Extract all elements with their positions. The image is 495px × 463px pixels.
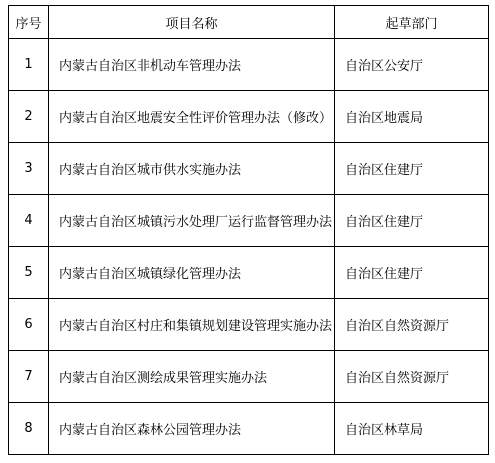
table-row: 7 内蒙古自治区测绘成果管理实施办法 自治区自然资源厅 <box>9 351 489 403</box>
department-cell: 自治区住建厅 <box>335 143 489 195</box>
project-name-cell: 内蒙古自治区村庄和集镇规划建设管理实施办法 <box>49 299 335 351</box>
header-serial-number: 序号 <box>9 6 49 39</box>
serial-number-cell: 6 <box>9 299 49 351</box>
table-header: 序号 项目名称 起草部门 <box>9 6 489 39</box>
department-cell: 自治区自然资源厅 <box>335 351 489 403</box>
department-cell: 自治区住建厅 <box>335 195 489 247</box>
table-row: 5 内蒙古自治区城镇绿化管理办法 自治区住建厅 <box>9 247 489 299</box>
table-row: 3 内蒙古自治区城市供水实施办法 自治区住建厅 <box>9 143 489 195</box>
project-name-cell: 内蒙古自治区森林公园管理办法 <box>49 403 335 455</box>
serial-number-cell: 8 <box>9 403 49 455</box>
department-cell: 自治区住建厅 <box>335 247 489 299</box>
project-name-cell: 内蒙古自治区城市供水实施办法 <box>49 143 335 195</box>
header-row: 序号 项目名称 起草部门 <box>9 6 489 39</box>
project-name-cell: 内蒙古自治区城镇污水处理厂运行监督管理办法 <box>49 195 335 247</box>
department-cell: 自治区公安厅 <box>335 39 489 91</box>
serial-number-cell: 7 <box>9 351 49 403</box>
table-row: 1 内蒙古自治区非机动车管理办法 自治区公安厅 <box>9 39 489 91</box>
table-row: 6 内蒙古自治区村庄和集镇规划建设管理实施办法 自治区自然资源厅 <box>9 299 489 351</box>
table-row: 2 内蒙古自治区地震安全性评价管理办法（修改） 自治区地震局 <box>9 91 489 143</box>
serial-number-cell: 1 <box>9 39 49 91</box>
serial-number-cell: 5 <box>9 247 49 299</box>
serial-number-cell: 3 <box>9 143 49 195</box>
department-cell: 自治区林草局 <box>335 403 489 455</box>
project-name-cell: 内蒙古自治区地震安全性评价管理办法（修改） <box>49 91 335 143</box>
regulation-projects-table: 序号 项目名称 起草部门 1 内蒙古自治区非机动车管理办法 自治区公安厅 2 内… <box>8 5 489 455</box>
serial-number-cell: 4 <box>9 195 49 247</box>
table-row: 8 内蒙古自治区森林公园管理办法 自治区林草局 <box>9 403 489 455</box>
header-project-name: 项目名称 <box>49 6 335 39</box>
project-name-cell: 内蒙古自治区测绘成果管理实施办法 <box>49 351 335 403</box>
table-body: 1 内蒙古自治区非机动车管理办法 自治区公安厅 2 内蒙古自治区地震安全性评价管… <box>9 39 489 455</box>
header-drafting-department: 起草部门 <box>335 6 489 39</box>
department-cell: 自治区地震局 <box>335 91 489 143</box>
department-cell: 自治区自然资源厅 <box>335 299 489 351</box>
serial-number-cell: 2 <box>9 91 49 143</box>
project-name-cell: 内蒙古自治区城镇绿化管理办法 <box>49 247 335 299</box>
project-name-cell: 内蒙古自治区非机动车管理办法 <box>49 39 335 91</box>
table-row: 4 内蒙古自治区城镇污水处理厂运行监督管理办法 自治区住建厅 <box>9 195 489 247</box>
